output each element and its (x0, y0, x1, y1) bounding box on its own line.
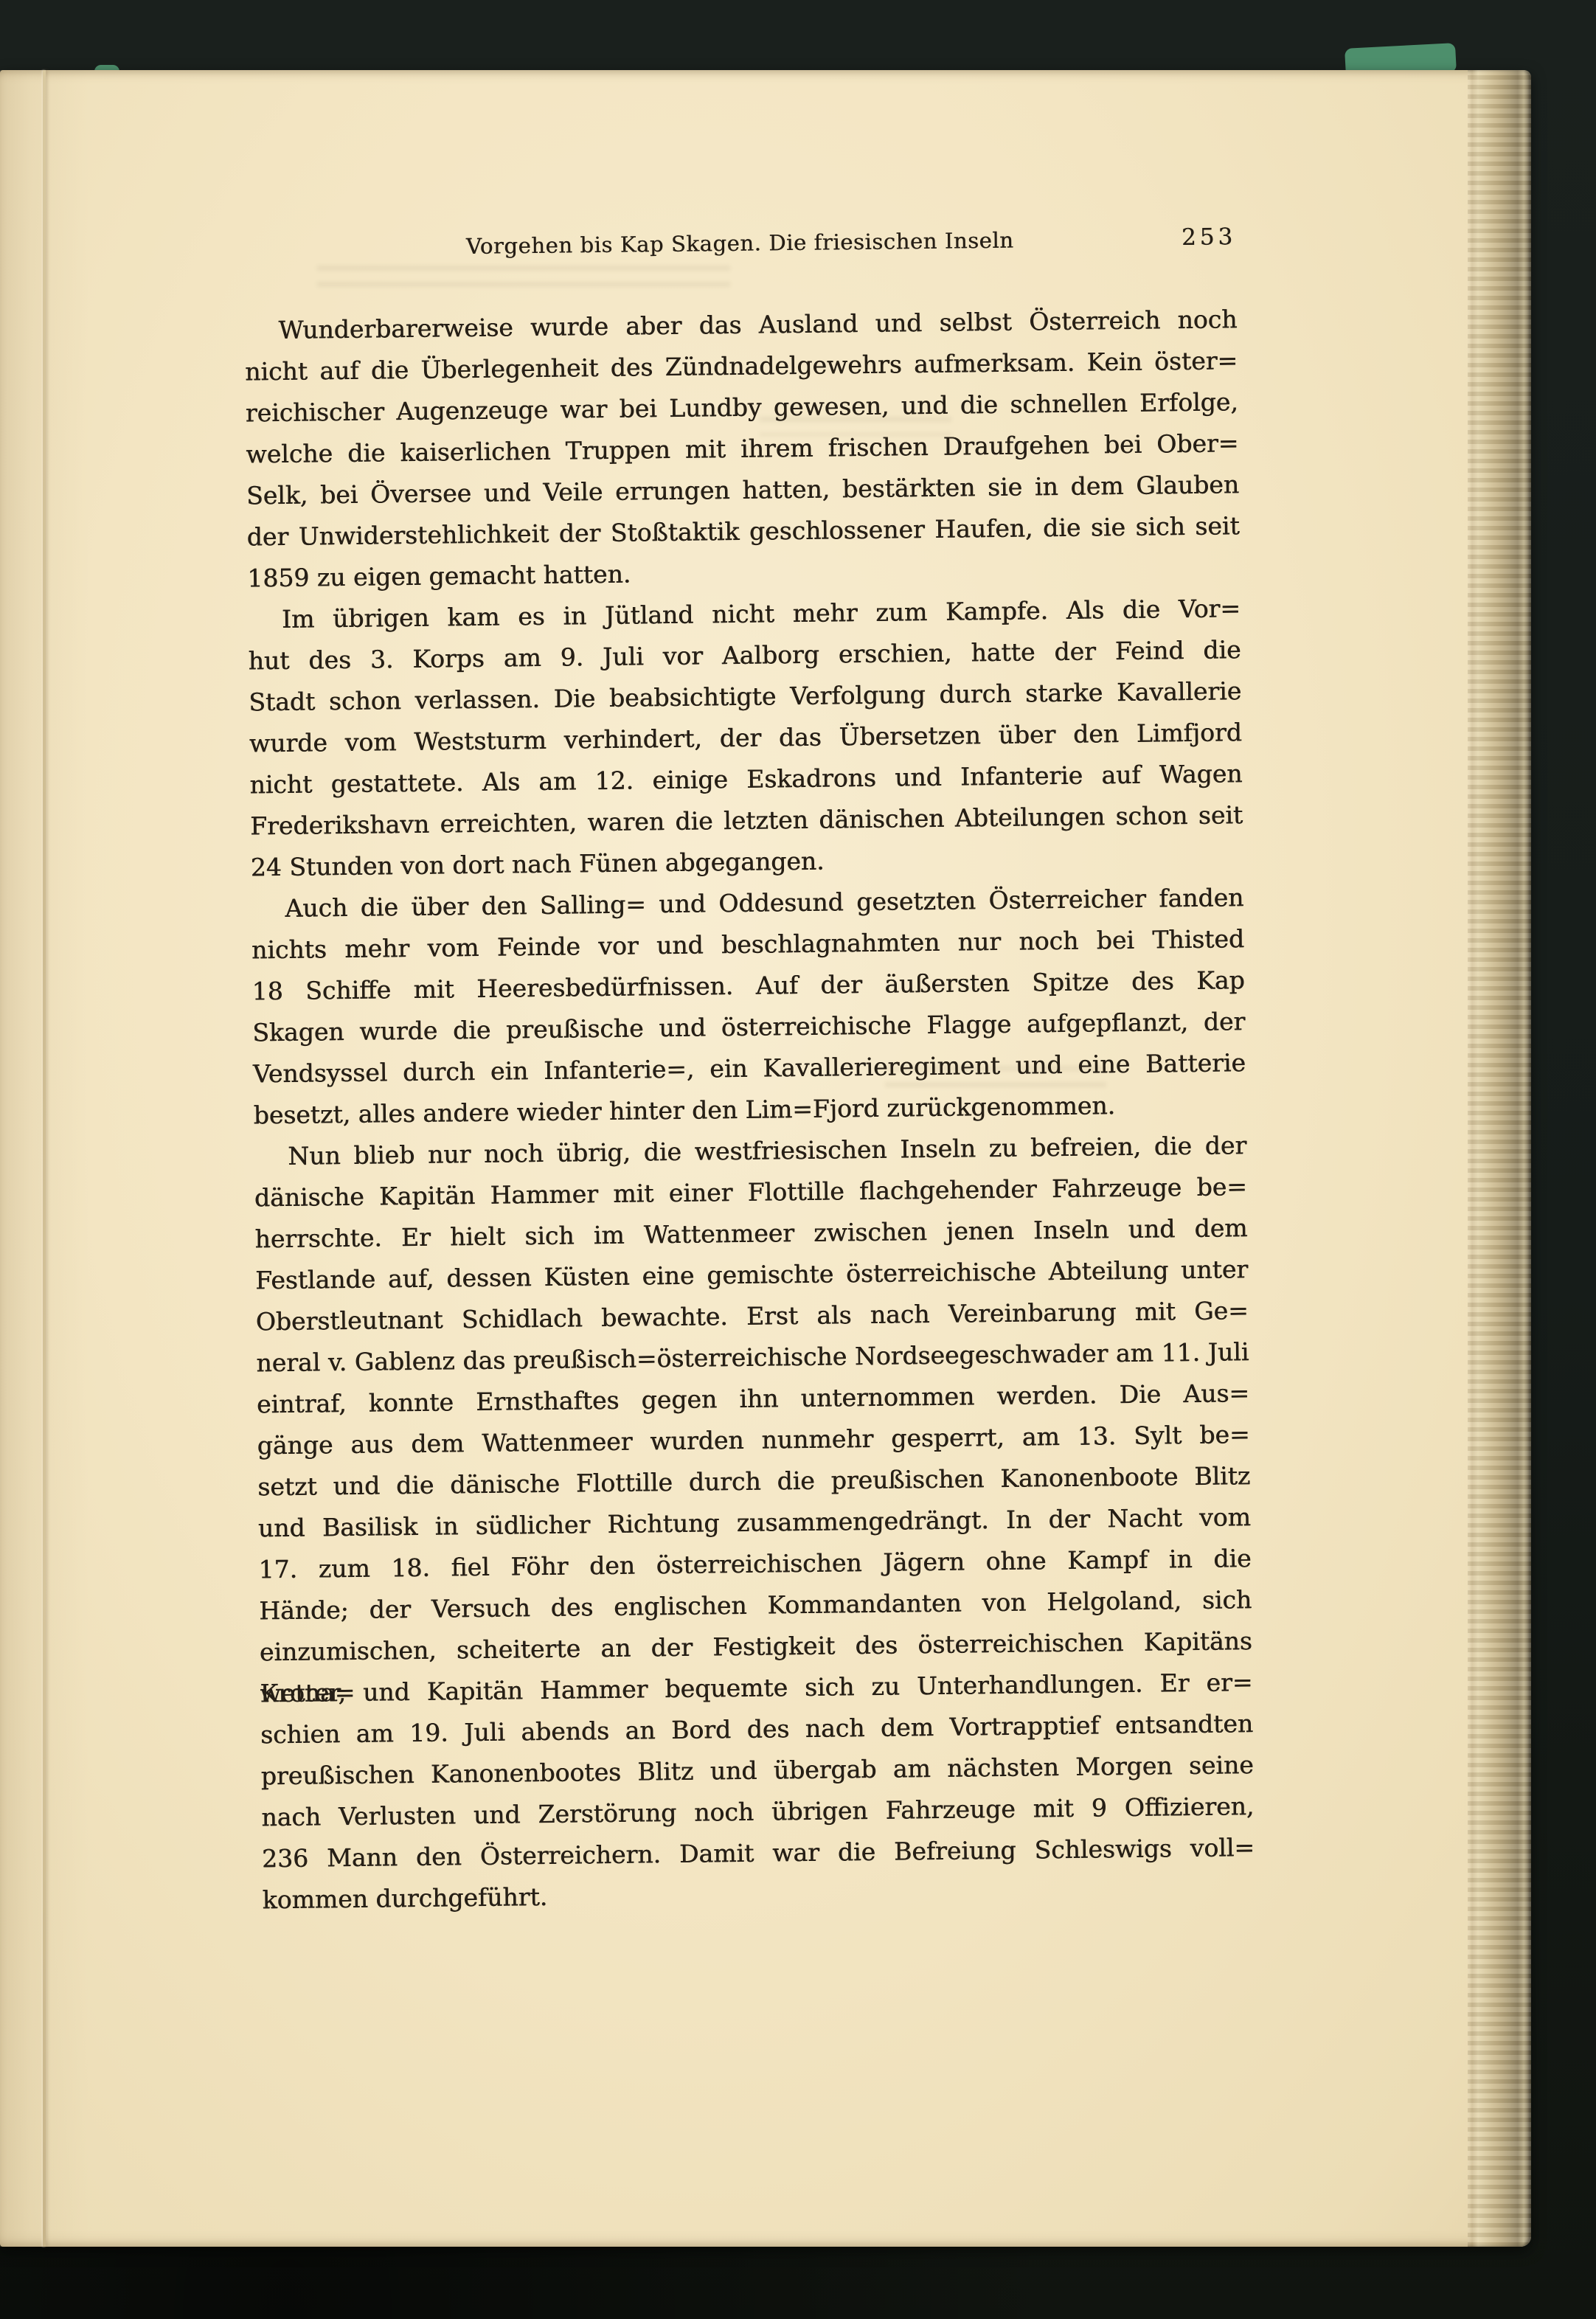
page-number: 253 (1182, 223, 1237, 251)
running-header: Vorgehen bis Kap Skagen. Die friesischen… (243, 225, 1236, 268)
book-page: Vorgehen bis Kap Skagen. Die friesischen… (0, 70, 1531, 2247)
body-text: Wunderbarerweise wurde aber das Ausland … (244, 299, 1255, 1921)
gutter-crease (43, 70, 46, 2247)
page-stack-fore-edge (1468, 70, 1531, 2247)
paragraph: Wunderbarerweise wurde aber das Ausland … (244, 299, 1240, 599)
page-content: Vorgehen bis Kap Skagen. Die friesischen… (243, 225, 1255, 1921)
paragraph: Auch die über den Salling= und Oddesund … (251, 877, 1246, 1136)
running-header-title: Vorgehen bis Kap Skagen. Die friesischen… (466, 228, 1014, 259)
paragraph: Im übrigen kam es in Jütland nicht mehr … (248, 588, 1243, 888)
scanned-book-photo: { "page": { "header": { "title": "Vorgeh… (0, 0, 1596, 2319)
paragraph: Nun blieb nur noch übrig, die westfriesi… (254, 1125, 1255, 1921)
